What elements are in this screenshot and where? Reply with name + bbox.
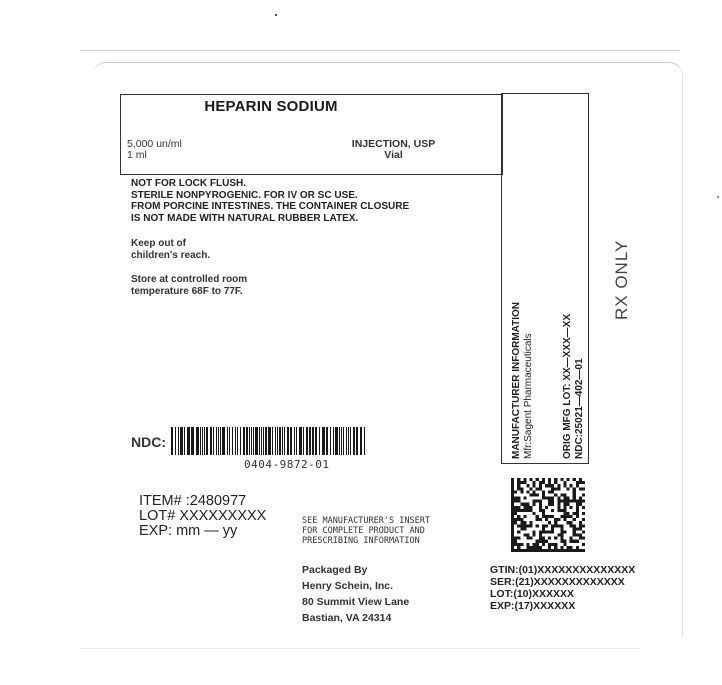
storage-line: temperature 68F to 77F. <box>131 286 247 298</box>
gtin: GTIN:(01)XXXXXXXXXXXXXX <box>490 564 635 576</box>
storage-line: Store at controlled room <box>131 274 247 286</box>
warnings-block: NOT FOR LOCK FLUSH. STERILE NONPYROGENIC… <box>131 178 409 224</box>
container-type: Vial <box>321 150 466 161</box>
manufacturer-name: Mfr:Sagent Pharmaceuticals <box>523 302 535 459</box>
barcode-icon <box>171 427 367 455</box>
product-title-box: HEPARIN SODIUM 5,000 un/ml 1 ml INJECTIO… <box>120 94 503 175</box>
orig-ndc: NDC:25021—402—01 <box>574 314 586 459</box>
rx-only: RX ONLY <box>612 240 632 320</box>
datamatrix-icon <box>511 478 585 552</box>
see-insert-note: SEE MANUFACTURER'S INSERT FOR COMPLETE P… <box>302 516 430 546</box>
insert-line: PRESCRIBING INFORMATION <box>302 536 430 546</box>
insert-line: SEE MANUFACTURER'S INSERT <box>302 516 430 526</box>
packager-line: Packaged By <box>302 562 409 578</box>
gs1-exp: EXP:(17)XXXXXX <box>490 600 635 612</box>
warning-line: IS NOT MADE WITH NATURAL RUBBER LATEX. <box>131 213 409 225</box>
ndc-label: NDC: <box>131 434 166 450</box>
insert-line: FOR COMPLETE PRODUCT AND <box>302 526 430 536</box>
scan-speck <box>275 14 277 16</box>
original-lot-info: ORIG MFG LOT: XX—XXX—XX NDC:25021—402—01 <box>562 314 586 459</box>
scan-speck <box>717 196 719 198</box>
scan-edge-line <box>80 648 640 649</box>
keep-out-of-reach: Keep out of children's reach. <box>131 238 210 261</box>
lot-number: LOT# XXXXXXXXX <box>139 509 266 524</box>
product-name: HEPARIN SODIUM <box>121 98 421 115</box>
storage-instructions: Store at controlled room temperature 68F… <box>131 274 247 297</box>
gs1-identifiers: GTIN:(01)XXXXXXXXXXXXXX SER:(21)XXXXXXXX… <box>490 564 635 612</box>
warning-line: STERILE NONPYROGENIC. FOR IV OR SC USE. <box>131 190 409 202</box>
expiry-date: EXP: mm — yy <box>139 524 266 539</box>
packager-line: Bastian, VA 24314 <box>302 610 409 626</box>
keep-out-line: Keep out of <box>131 238 210 250</box>
manufacturer-heading: MANUFACTURER INFORMATION <box>511 302 523 459</box>
strength: 5,000 un/ml 1 ml <box>127 139 182 161</box>
item-lot-exp: ITEM# :2480977 LOT# XXXXXXXXX EXP: mm — … <box>139 494 266 539</box>
packager-line: 80 Summit View Lane <box>302 594 409 610</box>
manufacturer-info-box: MANUFACTURER INFORMATION Mfr:Sagent Phar… <box>501 93 589 464</box>
orig-mfg-lot: ORIG MFG LOT: XX—XXX—XX <box>562 314 574 459</box>
packager-address: Packaged By Henry Schein, Inc. 80 Summit… <box>302 562 409 626</box>
packager-line: Henry Schein, Inc. <box>302 578 409 594</box>
dosage-form: INJECTION, USP Vial <box>321 139 466 161</box>
scan-edge-line <box>80 50 680 51</box>
gs1-lot: LOT:(10)XXXXXX <box>490 588 635 600</box>
serial-number: SER:(21)XXXXXXXXXXXXX <box>490 576 635 588</box>
manufacturer-info: MANUFACTURER INFORMATION Mfr:Sagent Phar… <box>511 302 535 459</box>
warning-line: FROM PORCINE INTESTINES. THE CONTAINER C… <box>131 201 409 213</box>
keep-out-line: children's reach. <box>131 250 210 262</box>
item-number: ITEM# :2480977 <box>139 494 266 509</box>
ndc-number: 0404-9872-01 <box>244 458 329 471</box>
strength-volume: 1 ml <box>127 150 182 161</box>
warning-line: NOT FOR LOCK FLUSH. <box>131 178 409 190</box>
